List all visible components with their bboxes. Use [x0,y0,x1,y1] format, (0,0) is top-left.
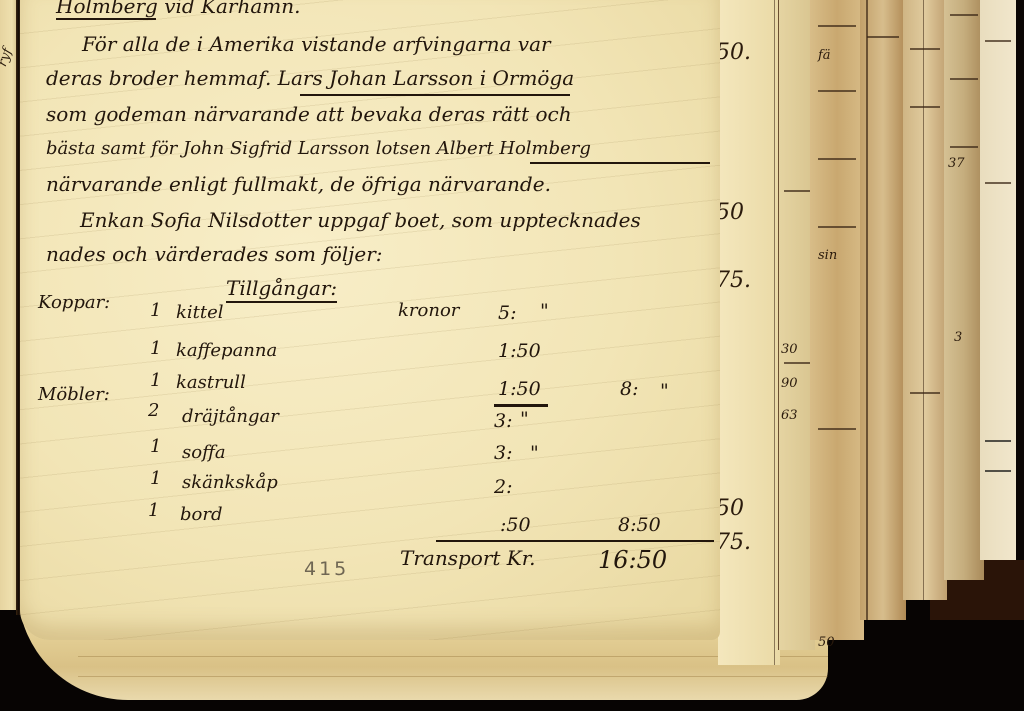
item-value: 1:50 [498,340,541,362]
item-value: 5: [498,302,517,324]
item-qty: 1 [150,436,161,457]
item-qty: 1 [148,500,159,521]
ditto-mark: " [530,442,539,464]
item-name: kaffepanna [176,340,277,361]
underline [300,94,570,96]
text-line-0: Holmberg vid Karhamn. [56,0,301,18]
edge-number: 50 [818,635,835,650]
item-qty: 1 [150,370,161,391]
category-mobler: Möbler: [38,384,110,405]
insert-strip [903,0,947,600]
text-line-1: För alla de i Amerika vistande arfvingar… [82,32,551,56]
edge-number: 50 [716,496,744,521]
insert-strip [980,0,1016,560]
insert-strip: fä sin 50 [810,0,864,640]
sum-rule [494,404,548,407]
edge-number: 50. [716,40,751,65]
edge-number: 30 [781,342,798,357]
edge-number: 90 [781,376,798,391]
item-name: bord [180,504,223,525]
ditto-mark: " [660,380,669,402]
edge-number: 63 [781,408,798,423]
item-name: soffa [182,442,226,463]
text-line-7: nades och värderades som följer: [46,242,383,266]
subtotal-value: 8:50 [618,514,661,536]
edge-text: sin [818,248,837,263]
ditto-mark: " [540,300,549,322]
edge-number: 50 [716,200,744,225]
item-value: :50 [500,514,531,536]
page-number-stamp: 415 [304,558,349,580]
inventory-heading: Tillgångar: [226,276,337,303]
text-line-6: Enkan Sofia Nilsdotter uppgaf boet, som … [80,208,641,232]
ditto-mark: " [520,408,529,430]
text-line-3: som godeman närvarande att bevaka deras … [46,102,572,126]
torn-inserted-pages: 50. 50 75. 50 75. 30 90 63 fä sin 50 37 … [718,0,1024,680]
text-line-5: närvarande enligt fullmakt, de öfriga nä… [46,172,551,196]
transport-total: 16:50 [598,546,667,574]
item-name: kastrull [176,372,246,393]
text-line-2: deras broder hemmaf. Lars Johan Larsson … [46,66,574,90]
item-value: 2: [494,476,513,498]
left-margin-fragment: ryf [0,46,15,68]
item-value: 3: [494,442,513,464]
edge-text: fä [818,48,831,63]
edge-number: 75. [716,268,751,293]
insert-strip: 50. 50 75. 50 75. [718,0,780,665]
item-name: skänkskåp [182,472,278,493]
item-qty: 1 [150,300,161,321]
edge-number: 37 [948,156,965,171]
item-value: 3: [494,410,513,432]
item-qty: 2 [148,400,159,421]
item-name: kittel [176,302,224,323]
insert-strip [860,0,906,620]
currency-label: kronor [398,300,459,321]
total-rule [436,540,714,542]
underline [530,162,710,164]
item-name: dräjtångar [182,406,279,427]
transport-label: Transport Kr. [400,546,535,570]
edge-number: 3 [954,330,962,345]
subtotal-value: 8: [620,378,639,400]
edge-number: 75. [716,530,751,555]
insert-strip: 37 3 [944,0,984,580]
category-koppar: Koppar: [38,292,110,313]
item-qty: 1 [150,468,161,489]
text-line-4: bästa samt för John Sigfrid Larsson lots… [46,138,591,159]
item-value: 1:50 [498,378,541,400]
underline [56,18,156,20]
item-qty: 1 [150,338,161,359]
ledger-page: Holmberg vid Karhamn. För alla de i Amer… [20,0,720,640]
